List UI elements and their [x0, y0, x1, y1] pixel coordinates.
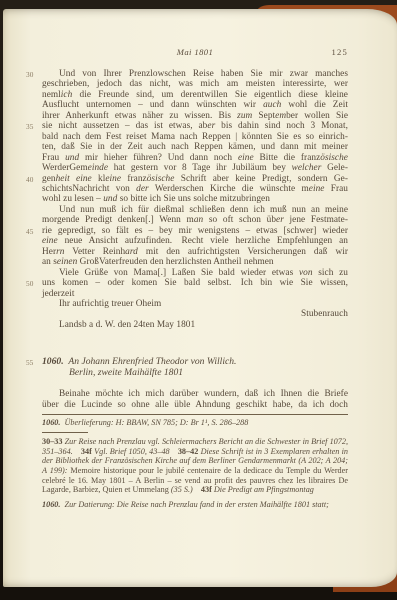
text-line-content: eine neue Ansicht aufzufinden. Recht vie… [42, 236, 348, 246]
text-line: Frau und mir hieher führen? Und dann noc… [42, 153, 348, 163]
text-line-content: 1060. An Johann Ehrenfried Theodor von W… [42, 356, 348, 367]
text-line-content: geschrieben, jedoch das nicht, was mich … [42, 79, 348, 89]
text-line: ihrer Anherkunft etwas näher zu wissen. … [42, 111, 348, 121]
text-line-content: Stubenrauch [42, 309, 348, 319]
text-line-content: Herrn Vetter Reinhard mit den aufrichtig… [42, 247, 348, 257]
text-line: ten, daß Sie in der Zeit auch nach Reppe… [42, 142, 348, 152]
text-line-content: schichtsNachricht von der Werderschen Ki… [42, 184, 348, 194]
text-line: morgende Predigt denken[.] Wenn man so o… [42, 215, 348, 225]
line-number: 35 [26, 122, 40, 132]
footnotes: 1060. Überlieferung: H: BBAW, SN 785; D:… [42, 414, 348, 510]
text-line-content: morgende Predigt denken[.] Wenn man so o… [42, 215, 348, 225]
apparatus-divider [42, 432, 88, 433]
footnote-apparatus: 30–33 Zur Reise nach Prenzlau vgl. Schle… [42, 437, 348, 495]
text-line-content: WerderGemeinde hat gestern vor 8 Tage ih… [42, 163, 348, 173]
line-number: 40 [26, 175, 40, 185]
text-line-content: bald nach dem Fest reiset Mama nach Repp… [42, 132, 348, 142]
text-line: Und nun muß ich für dießmal schließen de… [42, 205, 348, 215]
book-page-scan: Mai 1801 125 30Und von Ihrer Prenzlowsch… [0, 0, 397, 600]
text-line-content: Landsb a d. W. den 24ten May 1801 [42, 320, 348, 330]
text-line: Ihr aufrichtig treuer Oheim [42, 299, 348, 309]
text-line: bald nach dem Fest reiset Mama nach Repp… [42, 132, 348, 142]
text-line-content: über die Lucinde so ohne alle üble Ahndu… [42, 400, 348, 410]
text-line: WerderGemeinde hat gestern vor 8 Tage ih… [42, 163, 348, 173]
text-line: 45rie gepredigt, so fält es – bey mir we… [42, 226, 348, 236]
text-line-content: sie nicht aussetzen – das ist etwas, abe… [42, 121, 348, 131]
page-number: 125 [332, 47, 349, 57]
text-line: 50uns komen – oder komen Sie bald selbst… [42, 278, 348, 288]
text-line-content: genheit eine kleine französische Schrift… [42, 174, 348, 184]
text-line: 35sie nicht aussetzen – das ist etwas, a… [42, 121, 348, 131]
text-line-content: Frau und mir hieher führen? Und dann noc… [42, 153, 348, 163]
line-number: 45 [26, 227, 40, 237]
text-line: 30Und von Ihrer Prenzlowschen Reise habe… [42, 69, 348, 79]
line-number: 55 [26, 357, 40, 368]
text-line: an seinen GroßVaterfreuden den herzlichs… [42, 257, 348, 267]
text-line-content: Und nun muß ich für dießmal schließen de… [42, 205, 348, 215]
text-line-content: uns komen – oder komen Sie bald selbst. … [42, 278, 348, 288]
line-number: 30 [26, 70, 40, 80]
page: Mai 1801 125 30Und von Ihrer Prenzlowsch… [3, 9, 397, 587]
page-content: Mai 1801 125 30Und von Ihrer Prenzlowsch… [3, 9, 397, 510]
text-line: Viele Grüße von Mama[.] Laßen Sie bald w… [42, 268, 348, 278]
text-line: Stubenrauch [42, 309, 348, 319]
page-header: Mai 1801 125 [42, 47, 348, 59]
running-title: Mai 1801 [42, 47, 348, 57]
text-line-content: Ihr aufrichtig treuer Oheim [42, 299, 348, 309]
text-line: jederzeit [42, 289, 348, 299]
text-line-content: jederzeit [42, 289, 348, 299]
text-line-content: Berlin, zweite Maihälfte 1801 [69, 367, 348, 378]
text-line: 40genheit eine kleine französische Schri… [42, 174, 348, 184]
text-line-content: rie gepredigt, so fält es – bey mir weni… [42, 226, 348, 236]
letter-1060-text: Beinahe möchte ich mich darüber wundern,… [42, 389, 348, 410]
letter-1060-heading: 551060. An Johann Ehrenfried Theodor von… [42, 356, 348, 378]
text-line: Ausflucht unternomen – und dann wünschte… [42, 100, 348, 110]
text-line: Landsb a d. W. den 24ten May 1801 [42, 320, 348, 330]
text-line-content: wohl zu lesen – und so bitte ich Sie uns… [42, 194, 348, 204]
text-line-content: ihrer Anherkunft etwas näher zu wissen. … [42, 111, 348, 121]
text-line: über die Lucinde so ohne alle üble Ahndu… [42, 400, 348, 410]
text-line-content: Viele Grüße von Mama[.] Laßen Sie bald w… [42, 268, 348, 278]
text-line: Herrn Vetter Reinhard mit den aufrichtig… [42, 247, 348, 257]
footnote-ueberlieferung: 1060. Überlieferung: H: BBAW, SN 785; D:… [42, 418, 348, 428]
text-line: schichtsNachricht von der Werderschen Ki… [42, 184, 348, 194]
text-line: geschrieben, jedoch das nicht, was mich … [42, 79, 348, 89]
text-line-content: nemlich die Freunde sind, um derentwille… [42, 90, 348, 100]
text-line-content: ten, daß Sie in der Zeit auch nach Reppe… [42, 142, 348, 152]
text-line: nemlich die Freunde sind, um derentwille… [42, 90, 348, 100]
text-line: eine neue Ansicht aufzufinden. Recht vie… [42, 236, 348, 246]
text-line: wohl zu lesen – und so bitte ich Sie uns… [42, 194, 348, 204]
letter-1059-text: 30Und von Ihrer Prenzlowschen Reise habe… [42, 69, 348, 330]
text-line-content: Ausflucht unternomen – und dann wünschte… [42, 100, 348, 110]
text-line-content: Beinahe möchte ich mich darüber wundern,… [42, 389, 348, 399]
footnote-datierung: 1060. Zur Datierung: Die Reise nach Pren… [42, 500, 348, 510]
text-line-content: Und von Ihrer Prenzlowschen Reise haben … [42, 69, 348, 79]
text-line: 551060. An Johann Ehrenfried Theodor von… [42, 356, 348, 367]
footnote-divider [42, 414, 348, 415]
text-line: Beinahe möchte ich mich darüber wundern,… [42, 389, 348, 399]
line-number: 50 [26, 279, 40, 289]
text-line: Berlin, zweite Maihälfte 1801 [69, 367, 348, 378]
text-line-content: an seinen GroßVaterfreuden den herzlichs… [42, 257, 348, 267]
